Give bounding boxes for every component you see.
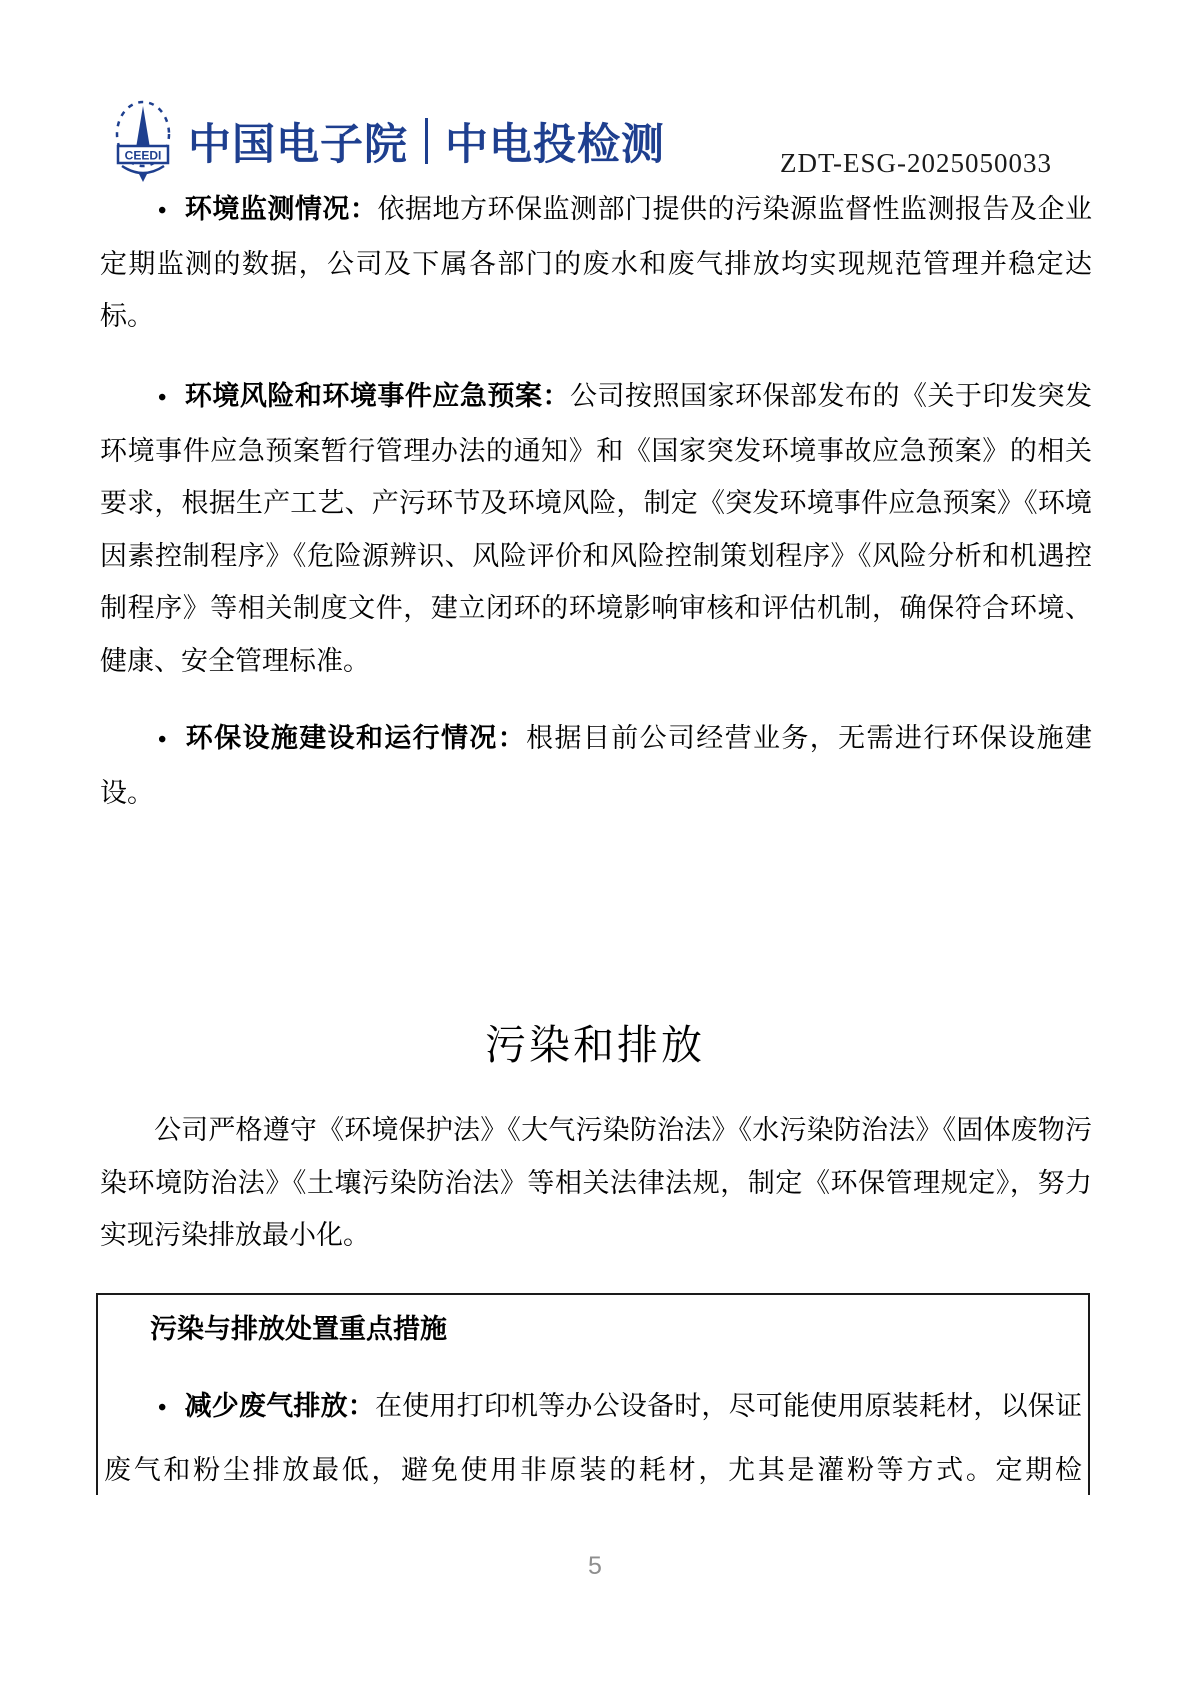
page-number: 5	[0, 1552, 1190, 1581]
bullet-label: 环境监测情况：	[184, 194, 377, 224]
ceedi-emblem-icon: CEEDI	[112, 98, 174, 184]
bullet-paragraph-environment-risk-plan: •环境风险和环境事件应急预案：公司按照国家环保部发布的《关于印发突发环境事件应急…	[100, 370, 1092, 687]
logo-divider	[425, 118, 428, 164]
bullet-paragraph-environment-monitoring: •环境监测情况：依据地方环保监测部门提供的污染源监督性监测报告及企业定期监测的数…	[100, 183, 1092, 343]
bullet-icon: •	[158, 385, 184, 411]
section-title-pollution-and-emissions: 污染和排放	[0, 1012, 1190, 1071]
org-name-secondary: 中电投检测	[445, 111, 665, 172]
bullet-icon: •	[158, 727, 184, 753]
bullet-label: 环保设施建设和运行情况：	[184, 723, 526, 753]
bullet-paragraph-environment-facilities: •环保设施建设和运行情况：根据目前公司经营业务，无需进行环保设施建设。	[100, 712, 1092, 819]
measures-box: 污染与排放处置重点措施 •减少废气排放：在使用打印机等办公设备时，尽可能使用原装…	[96, 1293, 1090, 1495]
document-number: ZDT-ESG-2025050033	[780, 148, 1052, 179]
ceedi-emblem-text: CEEDI	[125, 149, 162, 163]
bullet-label: 环境风险和环境事件应急预案：	[184, 381, 570, 411]
section-intro-paragraph: 公司严格遵守《环境保护法》《大气污染防治法》《水污染防治法》《固体废物污染环境防…	[100, 1104, 1092, 1262]
measures-box-bullet-reduce-exhaust: •减少废气排放：在使用打印机等办公设备时，尽可能使用原装耗材，以保证废气和粉尘排…	[104, 1375, 1082, 1495]
bullet-icon: •	[158, 1395, 184, 1421]
org-name-primary: 中国电子院	[188, 111, 408, 172]
bullet-icon: •	[158, 198, 184, 224]
bullet-label: 减少废气排放：	[184, 1391, 375, 1421]
measures-box-title: 污染与排放处置重点措施	[104, 1305, 1082, 1353]
bullet-text: 公司按照国家环保部发布的《关于印发突发环境事件应急预案暂行管理办法的通知》和《国…	[100, 381, 1092, 676]
letterhead-logo: CEEDI 中国电子院 中电投检测	[112, 98, 665, 184]
document-page: CEEDI 中国电子院 中电投检测 ZDT-ESG-2025050033 •环境…	[0, 0, 1190, 1683]
